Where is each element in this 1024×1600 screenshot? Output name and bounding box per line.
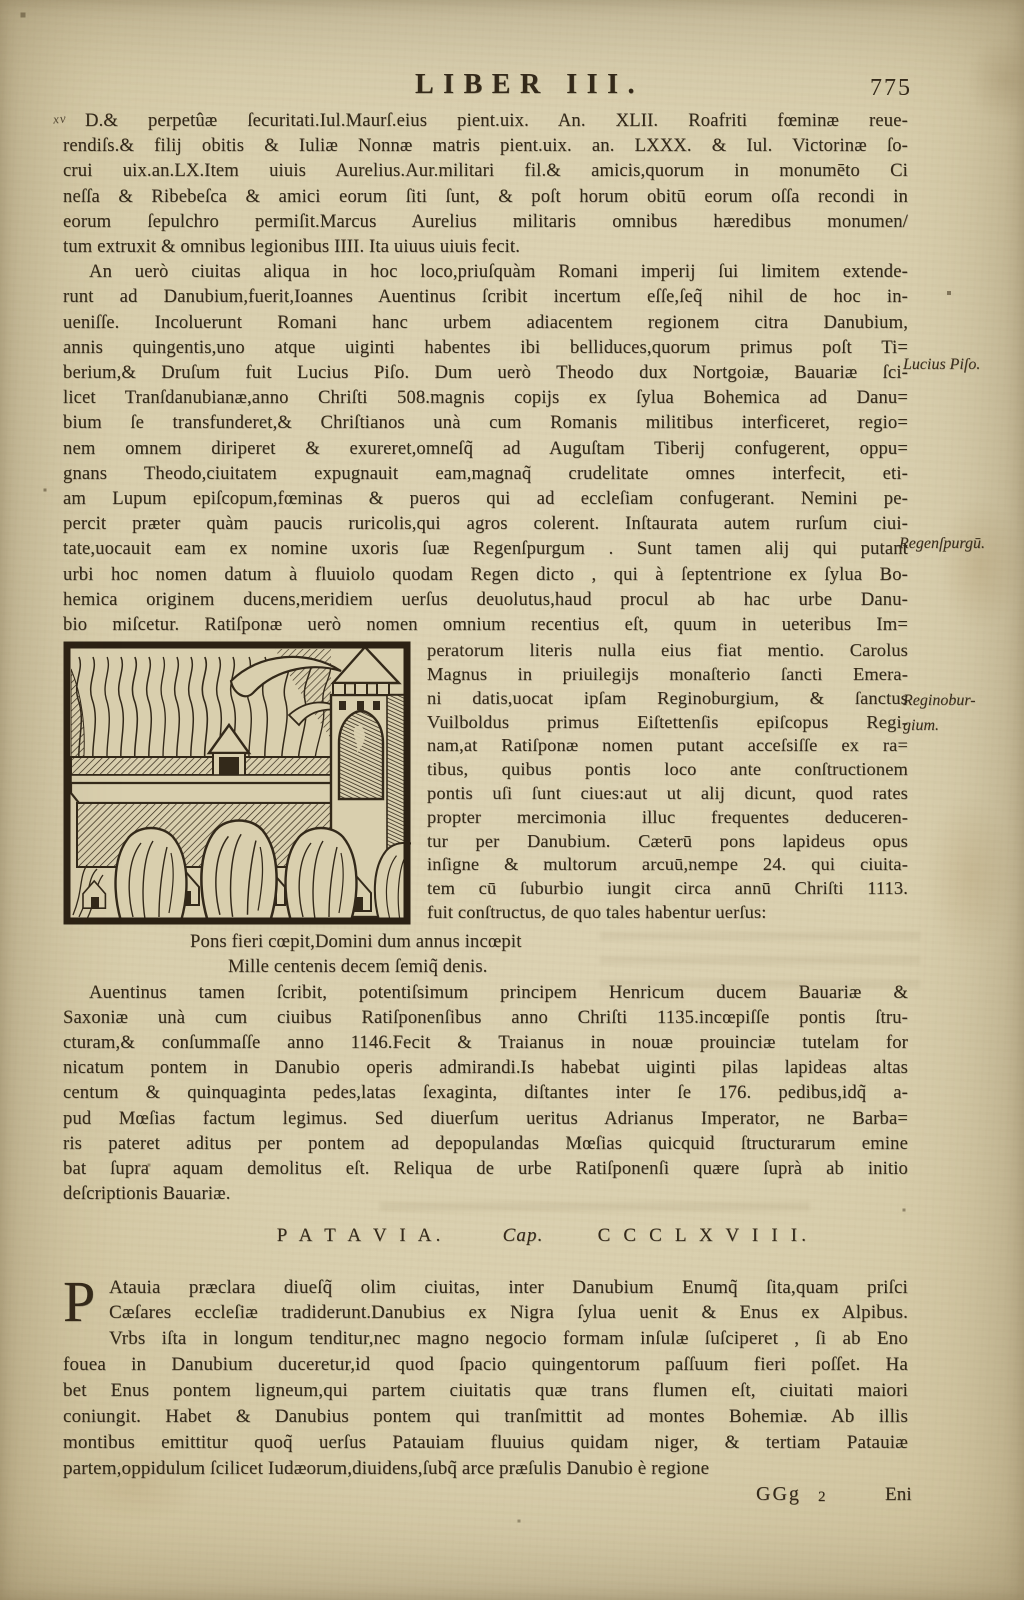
margin-note-line: Reginobur- xyxy=(903,692,976,709)
book-page: LIBER III. 775 xv D.& perpetûæ ſecuritat… xyxy=(0,0,1024,1600)
text-line: am Lupum epiſcopum,fœminas & pueros qui … xyxy=(63,486,908,511)
text-line: runt ad Danubium,fuerit,Ioannes Auentinu… xyxy=(63,284,908,309)
ink-specks xyxy=(0,0,2,2)
woodcut-illustration xyxy=(63,641,411,925)
margin-note: Reginobur- gium. xyxy=(903,688,976,738)
text-line: bet Enus pontem ligneum,qui partem ciuit… xyxy=(63,1378,908,1404)
text-line: percit præter quàm paucis ruricolis,qui … xyxy=(63,511,908,536)
chapter-number: C C C L X V I I I. xyxy=(598,1223,811,1248)
text-line: crui uix.an.LX.Item uiuis Aurelius.Aur.m… xyxy=(63,158,908,183)
text-line: nicatum pontem in Danubio operis admiran… xyxy=(63,1055,908,1080)
text-line: nem omnem diriperet & exureret,omneſq̃ a… xyxy=(63,436,908,461)
text-line: bat ſupra aquam demolitus eſt. Reliqua d… xyxy=(63,1156,908,1181)
text-line: bio miſcetur. Ratiſponæ uerò nomen omniu… xyxy=(63,612,908,637)
chapter-heading: P A T A V I A. Cap. C C C L X V I I I. xyxy=(121,1223,966,1249)
margin-note: Regenſpurgū. xyxy=(899,531,985,556)
text-line: fouea in Danubium duceretur,id quod ſpac… xyxy=(63,1352,908,1378)
text-line: urbi hoc nomen datum à fluuiolo quodam R… xyxy=(63,562,908,587)
margin-note: Lucius Piſo. xyxy=(903,352,980,377)
paper-stain xyxy=(905,760,1024,990)
page-title: LIBER III. xyxy=(107,66,952,104)
text-line: Atauia præclara diueſq̃ olim ciuitas, in… xyxy=(63,1275,908,1301)
text-line: bium ſe transfunderet,& Chriſtianos unà … xyxy=(63,410,908,435)
text-line: ris pateret aditus per pontem ad depopul… xyxy=(63,1131,908,1156)
catchword: Eni xyxy=(885,1482,912,1507)
text-line: rendiſs.& filij obitis & Iuliæ Nonnæ mat… xyxy=(63,133,908,158)
quire-signature: GGg xyxy=(756,1482,801,1507)
text-line: montibus emittitur quoq̃ uerſus Patauiam… xyxy=(63,1430,908,1456)
text-line: annis quingentis,uno atque uiginti haben… xyxy=(63,335,908,360)
margin-note-line: gium. xyxy=(903,717,939,734)
text-line: Vrbs iſta in longum tenditur,nec magno n… xyxy=(63,1326,908,1352)
text-line: berium,& Druſum fuit Lucius Piſo. Dum ue… xyxy=(63,360,908,385)
tower-gateway xyxy=(339,711,383,799)
text-line: licet Tranſdanubianæ,anno Chriſti 508.ma… xyxy=(63,385,908,410)
text-line: hemica originem ducens,meridiem uerſus d… xyxy=(63,587,908,612)
text-line: deſcriptionis Bauariæ. xyxy=(63,1181,908,1206)
text-line: Saxoniæ unà cum ciuibus Ratiſponenſibus … xyxy=(63,1005,908,1030)
chapter-cap-label: Cap. xyxy=(503,1223,544,1248)
paper-stain xyxy=(950,20,1024,140)
paragraph-patavia: P Atauia præclara diueſq̃ olim ciuitas, … xyxy=(63,1275,908,1482)
page-number: 775 xyxy=(870,75,912,102)
verse-line: Mille centenis decem ſemiq̃ denis. xyxy=(63,954,908,979)
text-line: coniungit. Habet & Danubius pontem qui t… xyxy=(63,1404,908,1430)
verse-line: Pons fieri cœpit,Domini dum annus incœpi… xyxy=(63,929,908,954)
parapet-wall xyxy=(71,757,333,775)
text-line: partem,oppidulum ſcilicet Iudæorum,diuid… xyxy=(63,1456,908,1482)
text-line: gnans Theodo,ciuitatem expugnauit eam,ma… xyxy=(63,461,908,486)
signature-row: GGg 2 Eni xyxy=(63,1482,908,1510)
figure-paragraph: peratorum literis nulla eius fiat mentio… xyxy=(63,639,908,925)
text-line: neſſa & Ribebeſca & amici eorum ſiti ſun… xyxy=(63,184,908,209)
text-line: centum & quinquaginta pedes,latas ſexagi… xyxy=(63,1080,908,1105)
running-head: LIBER III. 775 xyxy=(63,66,908,104)
quire-signature-number: 2 xyxy=(818,1485,826,1510)
text-line: eorum ſepulchro permiſit.Marcus Aurelius… xyxy=(63,209,908,234)
text-line: pud Mœſias factum legimus. Sed diuerſum … xyxy=(63,1106,908,1131)
text-line: ueniſſe. Incoluerunt Romani hanc urbem a… xyxy=(63,310,908,335)
chapter-title: P A T A V I A. xyxy=(277,1223,445,1248)
text-line: cturam,& conſummaſſe anno 1146.Fecit & T… xyxy=(63,1030,908,1055)
text-line: Cæſares eccleſiæ tradiderunt.Danubius ex… xyxy=(63,1300,908,1326)
wall-ledge xyxy=(71,783,375,803)
drop-cap: P xyxy=(63,1278,103,1328)
text-line: An uerò ciuitas aliqua in hoc loco,priuſ… xyxy=(63,259,908,284)
text-line: tate,uocauit eam ex nomine uxoris ſuæ Re… xyxy=(63,536,908,561)
paper-stain xyxy=(920,470,1024,660)
text-block: D.& perpetûæ ſecuritati.Iul.Maurſ.eius p… xyxy=(63,108,908,1510)
woodcut-burning-city xyxy=(63,641,411,925)
text-line: Auentinus tamen ſcribit, potentiſsimum p… xyxy=(63,980,908,1005)
text-line: D.& perpetûæ ſecuritati.Iul.Maurſ.eius p… xyxy=(63,108,908,133)
text-line: tum extruxit & omnibus legionibus IIII. … xyxy=(63,234,908,259)
